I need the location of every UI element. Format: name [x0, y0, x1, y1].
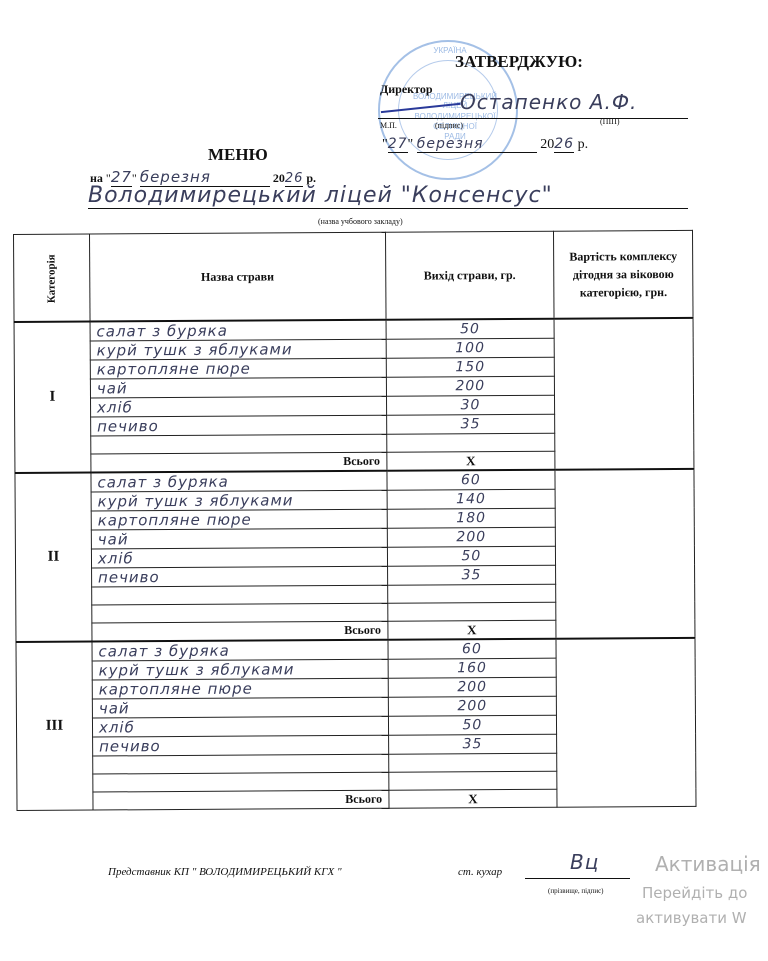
dish-output-cell — [386, 433, 555, 452]
director-signature-line — [378, 118, 688, 119]
dish-name-cell: салат з буряка — [92, 640, 388, 661]
dish-output-cell: 200 — [386, 376, 555, 396]
dish-output-cell: 30 — [386, 395, 555, 415]
quote: " — [408, 137, 414, 152]
dish-output-cell: 180 — [387, 508, 556, 528]
caption-mp: М.П. — [380, 121, 397, 130]
category-cell: II — [15, 473, 92, 642]
dish-output-cell: 35 — [386, 414, 555, 434]
cost-cell — [555, 469, 695, 639]
dish-name-cell: чай — [90, 377, 386, 398]
dish-name-cell: курй тушк з яблуками — [92, 659, 388, 680]
approval-year: 26 — [554, 136, 574, 153]
cook-caption: (прізвище, підпис) — [548, 887, 604, 895]
total-value: X — [389, 789, 558, 808]
dish-name-cell: картопляне пюре — [91, 509, 387, 530]
director-name: Остапенко А.Ф. — [460, 90, 637, 114]
cook-signature-line — [525, 878, 630, 879]
approval-heading: ЗАТВЕРДЖУЮ: — [455, 52, 583, 72]
dish-name-cell — [91, 434, 387, 454]
representative-label: Представник КП " ВОЛОДИМИРЕЦЬКИЙ КГХ " — [108, 866, 342, 878]
header-category: Категорія — [14, 234, 90, 322]
dish-name-cell — [93, 754, 389, 774]
dish-output-cell: 50 — [388, 715, 557, 735]
table-header-row: Категорія Назва страви Вихід страви, гр.… — [14, 230, 694, 322]
cost-cell — [556, 638, 696, 807]
menu-table-body: Iсалат з буряка50курй тушк з яблуками100… — [14, 318, 696, 811]
dish-name-cell: хліб — [91, 547, 387, 568]
dish-name-cell — [92, 603, 388, 623]
total-value: X — [387, 620, 556, 640]
header-dish-name: Назва страви — [89, 232, 385, 321]
activation-watermark-line: Перейдіть до — [642, 884, 747, 902]
dish-name-cell: курй тушк з яблуками — [91, 490, 387, 511]
dish-output-cell: 140 — [387, 489, 556, 509]
total-label: Всього — [93, 790, 389, 810]
dish-output-cell — [387, 584, 556, 603]
dish-name-cell: курй тушк з яблуками — [90, 339, 386, 360]
dish-output-cell: 35 — [387, 565, 556, 585]
header-output: Вихід страви, гр. — [385, 231, 554, 320]
dish-name-cell — [93, 772, 389, 792]
dish-output-cell: 50 — [387, 546, 556, 566]
menu-table: Категорія Назва страви Вихід страви, гр.… — [13, 230, 697, 811]
approval-month: березня — [417, 136, 537, 153]
approval-day: 27 — [388, 136, 408, 153]
category-cell: III — [16, 642, 93, 811]
dish-name-cell: печиво — [91, 415, 387, 436]
cost-cell — [554, 318, 694, 470]
dish-name-cell — [92, 585, 388, 605]
table-row: Iсалат з буряка50 — [14, 318, 693, 342]
dish-name-cell: картопляне пюре — [92, 678, 388, 699]
total-label: Всього — [92, 621, 388, 641]
dish-name-cell: чай — [91, 528, 387, 549]
page-title: МЕНЮ — [208, 145, 268, 165]
dish-output-cell: 100 — [386, 338, 555, 358]
dish-output-cell — [387, 602, 556, 621]
dish-output-cell — [388, 753, 557, 772]
total-label: Всього — [91, 452, 387, 472]
total-value: X — [386, 451, 555, 471]
dish-name-cell: салат з буряка — [90, 320, 386, 341]
year-prefix: 20 — [540, 137, 554, 152]
dish-output-cell: 200 — [387, 527, 556, 547]
caption-name: (ПІП) — [600, 117, 620, 126]
school-caption: (назва учбового закладу) — [318, 217, 403, 226]
dish-output-cell: 200 — [388, 677, 557, 697]
cook-position: ст. кухар — [458, 866, 502, 878]
school-name: Володимирецький ліцей "Консенсус" — [88, 183, 688, 209]
dish-name-cell: хліб — [92, 716, 388, 737]
cook-signature: Вц — [570, 850, 599, 874]
dish-output-cell: 35 — [388, 734, 557, 754]
dish-output-cell — [388, 771, 557, 790]
dish-output-cell: 200 — [388, 696, 557, 716]
dish-output-cell: 50 — [386, 319, 555, 340]
approval-date: "27" березня 2026 р. — [382, 136, 588, 153]
year-suffix: р. — [578, 137, 589, 152]
dish-name-cell: печиво — [91, 566, 387, 587]
dish-output-cell: 60 — [387, 470, 556, 491]
dish-output-cell: 60 — [388, 639, 557, 660]
dish-name-cell: печиво — [92, 735, 388, 756]
table-row: IIсалат з буряка60 — [15, 469, 694, 493]
dish-output-cell: 160 — [388, 658, 557, 678]
dish-name-cell: салат з буряка — [91, 471, 387, 492]
dish-name-cell: хліб — [90, 396, 386, 417]
category-cell: I — [14, 322, 91, 473]
table-row: IIIсалат з буряка60 — [16, 638, 695, 662]
header-category-label: Категорія — [46, 254, 58, 303]
dish-output-cell: 150 — [386, 357, 555, 377]
activation-watermark-title: Активація — [655, 852, 761, 876]
dish-name-cell: картопляне пюре — [90, 358, 386, 379]
header-cost: Вартість комплексу дітодня за віковою ка… — [554, 230, 693, 318]
activation-watermark-line: активувати W — [636, 909, 747, 927]
caption-signature: (підпис) — [435, 121, 463, 130]
dish-name-cell: чай — [92, 697, 388, 718]
